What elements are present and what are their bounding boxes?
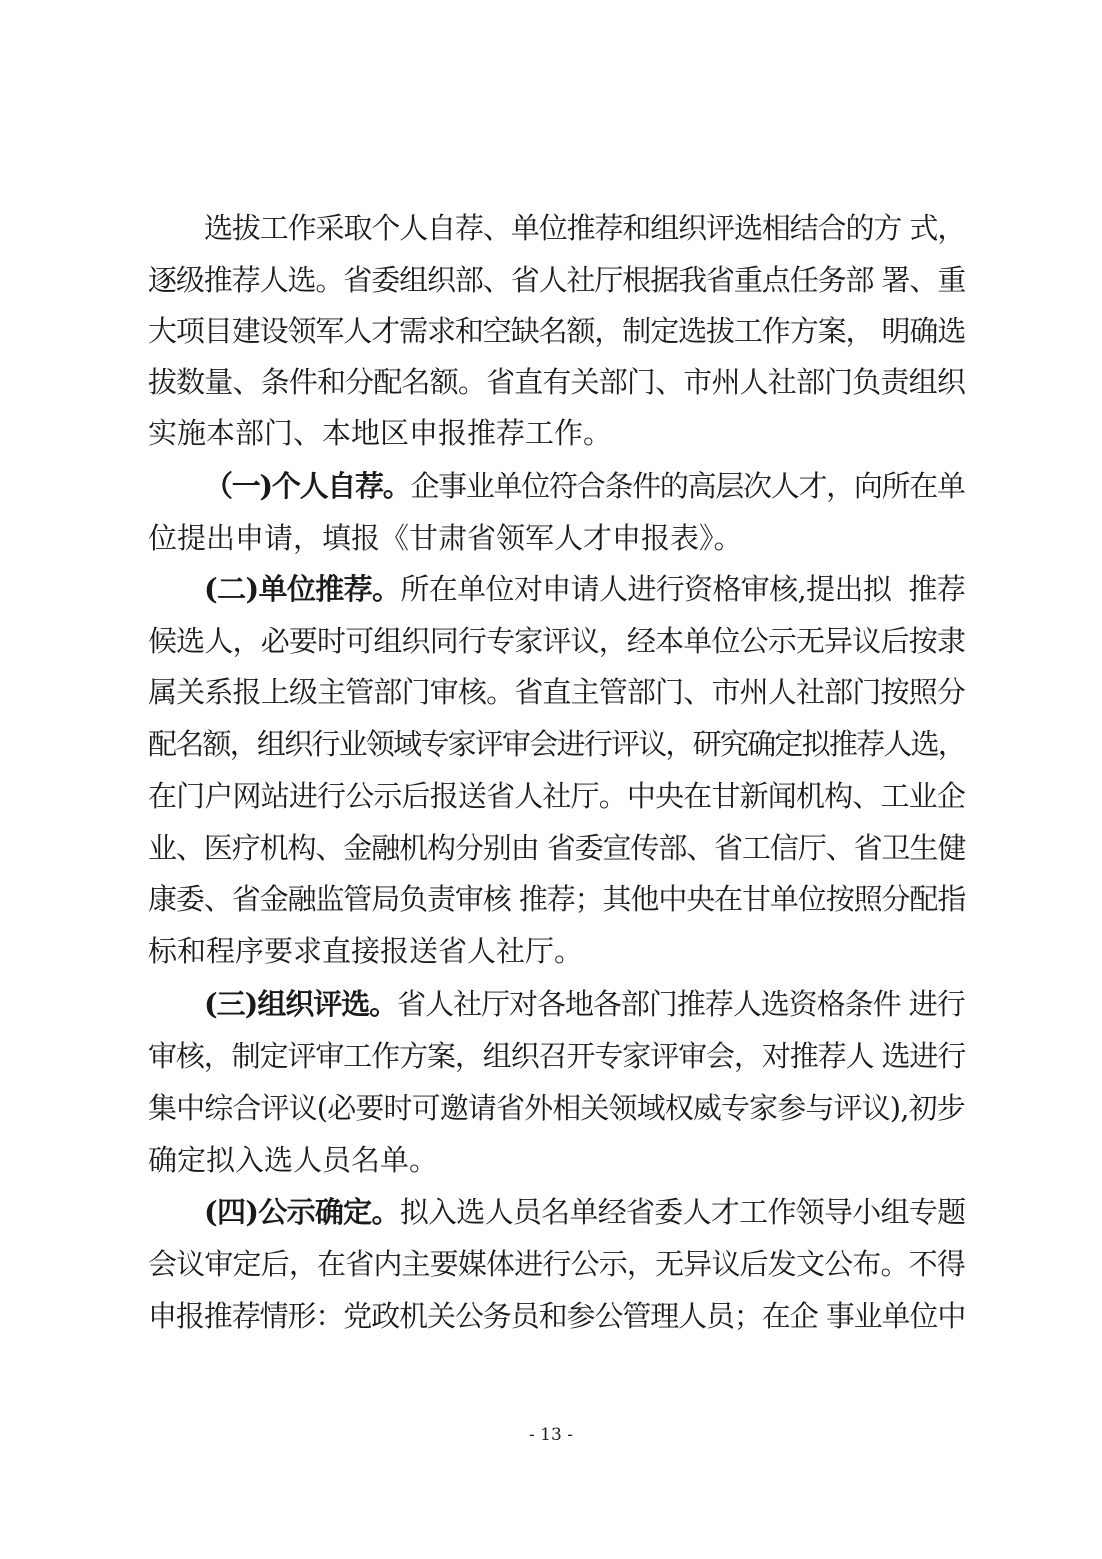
text-line: （一)个人自荐。企事业单位符合条件的高层次人才，向所在单: [204, 460, 965, 512]
section-heading: (三)组织评选。: [204, 987, 397, 1021]
line-text: 拔数量、条件和分配名额。省直有关部门、市州人社部门负责组织: [148, 365, 965, 399]
line-text: 康委、省金融监管局负责审核 推荐；其他中央在甘单位按照分配指: [148, 882, 965, 916]
line-text: 会议审定后，在省内主要媒体进行公示，无异议后发文公布。不得: [148, 1247, 965, 1281]
text-line: 在门户网站进行公示后报送省人社厅。中央在甘新闻机构、工业企: [148, 770, 965, 822]
text-line: 集中综合评议(必要时可邀请省外相关领域权威专家参与评议),初步: [148, 1082, 965, 1134]
line-text: 属关系报上级主管部门审核。省直主管部门、市州人社部门按照分: [148, 675, 965, 709]
text-line: (四)公示确定。拟入选人员名单经省委人才工作领导小组专题: [204, 1186, 965, 1238]
line-text: 大项目建设领军人才需求和空缺名额，制定选拔工作方案， 明确选: [148, 314, 965, 348]
text-line: 确定拟入选人员名单。: [148, 1134, 438, 1186]
text-line: 康委、省金融监管局负责审核 推荐；其他中央在甘单位按照分配指: [148, 873, 965, 925]
text-line: 会议审定后，在省内主要媒体进行公示，无异议后发文公布。不得: [148, 1238, 965, 1290]
text-line: 选拔工作采取个人自荐、单位推荐和组织评选相结合的方 式，: [204, 202, 965, 254]
line-text: 配名额，组织行业领域专家评审会进行评议，研究确定拟推荐人选，: [148, 727, 965, 761]
text-line: 候选人，必要时可组织同行专家评议，经本单位公示无异议后按隶: [148, 615, 965, 667]
line-text: 拟入选人员名单经省委人才工作领导小组专题: [400, 1195, 966, 1229]
text-line: 大项目建设领军人才需求和空缺名额，制定选拔工作方案， 明确选: [148, 305, 965, 357]
text-line: 位提出申请，填报《甘肃省领军人才申报表》。: [148, 512, 743, 564]
text-line: (三)组织评选。省人社厅对各地各部门推荐人选资格条件 进行: [204, 978, 965, 1030]
line-text: 候选人，必要时可组织同行专家评议，经本单位公示无异议后按隶: [148, 624, 965, 658]
section-heading: (四)公示确定。: [204, 1195, 400, 1229]
text-line: 逐级推荐人选。省委组织部、省人社厅根据我省重点任务部 署、重: [148, 254, 965, 306]
line-text: 集中综合评议(必要时可邀请省外相关领域权威专家参与评议),初步: [148, 1091, 965, 1125]
document-page: 选拔工作采取个人自荐、单位推荐和组织评选相结合的方 式，逐级推荐人选。省委组织部…: [0, 0, 1102, 1559]
text-line: (二)单位推荐。所在单位对申请人进行资格审核,提出拟 推荐: [204, 563, 965, 615]
line-text: 选拔工作采取个人自荐、单位推荐和组织评选相结合的方 式，: [204, 211, 965, 245]
text-line: 业、医疗机构、金融机构分别由 省委宣传部、省工信厅、省卫生健: [148, 822, 965, 874]
line-text: 省人社厅对各地各部门推荐人选资格条件 进行: [397, 987, 965, 1021]
line-text: 确定拟入选人员名单。: [148, 1143, 438, 1177]
text-line: 配名额，组织行业领域专家评审会进行评议，研究确定拟推荐人选，: [148, 718, 965, 770]
text-line: 拔数量、条件和分配名额。省直有关部门、市州人社部门负责组织: [148, 356, 965, 408]
line-text: 企事业单位符合条件的高层次人才，向所在单: [410, 469, 964, 503]
page-number: - 13 -: [0, 1424, 1102, 1446]
section-heading: (二)单位推荐。: [204, 572, 400, 606]
line-text: 申报推荐情形：党政机关公务员和参公管理人员；在企 事业单位中: [148, 1299, 965, 1333]
line-text: 所在单位对申请人进行资格审核,提出拟 推荐: [400, 572, 965, 606]
text-line: 审核，制定评审工作方案，组织召开专家评审会，对推荐人 选进行: [148, 1030, 965, 1082]
line-text: 实施本部门、本地区申报推荐工作。: [148, 416, 612, 450]
text-line: 标和程序要求直接报送省人社厅。: [148, 925, 583, 977]
text-line: 实施本部门、本地区申报推荐工作。: [148, 407, 612, 459]
line-text: 位提出申请，填报《甘肃省领军人才申报表》。: [148, 521, 743, 555]
line-text: 业、医疗机构、金融机构分别由 省委宣传部、省工信厅、省卫生健: [148, 831, 965, 865]
line-text: 标和程序要求直接报送省人社厅。: [148, 934, 583, 968]
line-text: 审核，制定评审工作方案，组织召开专家评审会，对推荐人 选进行: [148, 1039, 965, 1073]
line-text: 在门户网站进行公示后报送省人社厅。中央在甘新闻机构、工业企: [148, 779, 965, 813]
section-heading: （一)个人自荐。: [204, 469, 410, 503]
text-line: 属关系报上级主管部门审核。省直主管部门、市州人社部门按照分: [148, 666, 965, 718]
line-text: 逐级推荐人选。省委组织部、省人社厅根据我省重点任务部 署、重: [148, 263, 965, 297]
text-line: 申报推荐情形：党政机关公务员和参公管理人员；在企 事业单位中: [148, 1290, 965, 1342]
